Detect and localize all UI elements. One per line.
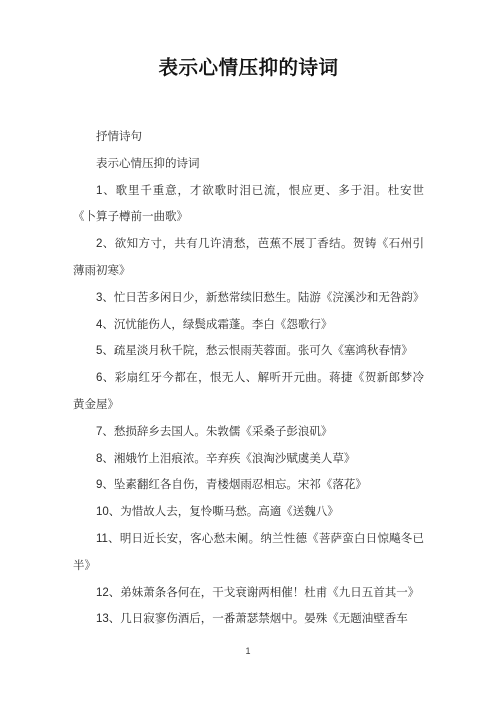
poem-item: 11、明日近长安，客心愁未阑。纳兰性德《菩萨蛮白日惊飚冬已半》 — [73, 526, 424, 580]
poem-item: 8、湘娥竹上泪痕浓。辛弃疾《浪淘沙赋虞美人草》 — [73, 446, 424, 473]
poem-item: 3、忙日苦多闲日少，新愁常续旧愁生。陆游《浣溪沙和无咎韵》 — [73, 285, 424, 312]
document-content: 表示心情压抑的诗词 抒情诗句 表示心情压抑的诗词 1、歌里千重意，才欲歌时泪已流… — [0, 0, 496, 633]
poem-item: 4、沉忧能伤人，绿鬓成霜蓬。李白《怨歌行》 — [73, 312, 424, 339]
poem-item: 1、歌里千重意，才欲歌时泪已流，恨应更、多于泪。杜安世《卜算子樽前一曲歌》 — [73, 178, 424, 232]
poem-item: 10、为惜故人去，复怜嘶马愁。高適《送魏八》 — [73, 499, 424, 526]
poem-item: 7、愁损辞乡去国人。朱敦儒《采桑子彭浪矶》 — [73, 419, 424, 446]
document-page: 表示心情压抑的诗词 抒情诗句 表示心情压抑的诗词 1、歌里千重意，才欲歌时泪已流… — [0, 0, 496, 702]
poem-item: 9、坠素翻红各自伤，青楼烟雨忍相忘。宋祁《落花》 — [73, 472, 424, 499]
poem-item: 2、欲知方寸，共有几许清愁，芭蕉不展丁香结。贺铸《石州引薄雨初寒》 — [73, 231, 424, 285]
page-title: 表示心情压抑的诗词 — [73, 54, 424, 82]
intro-line: 表示心情压抑的诗词 — [73, 151, 424, 178]
poem-item: 5、疏星淡月秋千院，愁云恨雨芙蓉面。张可久《塞鸿秋春情》 — [73, 338, 424, 365]
poem-item: 13、几日寂寥伤酒后，一番萧瑟禁烟中。晏殊《无题油壁香车 — [73, 606, 424, 633]
poem-item: 12、弟妹萧条各何在，干戈衰谢两相催！杜甫《九日五首其一》 — [73, 580, 424, 607]
poem-item: 6、彩扇红牙今都在，恨无人、解听开元曲。蒋捷《贺新郎梦冷黄金屋》 — [73, 365, 424, 419]
page-number: 1 — [0, 646, 496, 656]
intro-line: 抒情诗句 — [73, 124, 424, 151]
